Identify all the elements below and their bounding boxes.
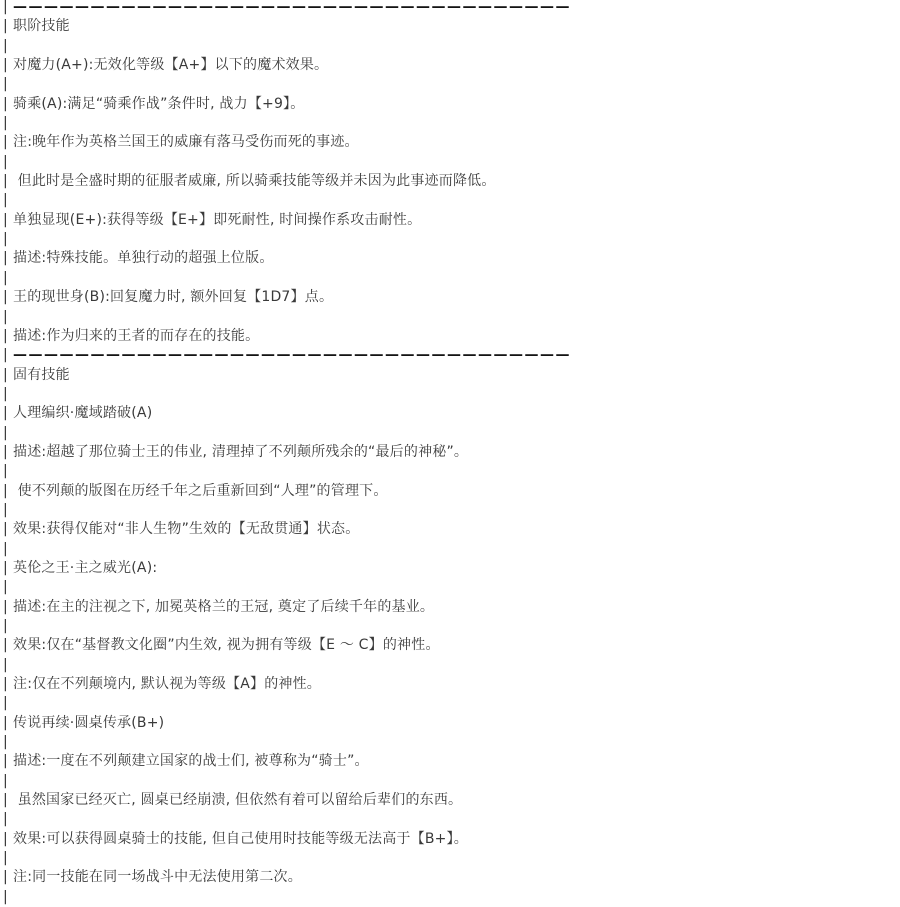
text-line: |效果:获得仅能对“非人生物”生效的【无敌贯通】状态。 xyxy=(3,520,897,539)
pipe-margin-glyph: | xyxy=(3,172,13,191)
pipe-margin-glyph: | xyxy=(3,578,13,597)
blank-line: | xyxy=(3,462,897,481)
text-line: |注:仅在不列颠境内, 默认视为等级【A】的神性。 xyxy=(3,675,897,694)
pipe-margin-glyph: | xyxy=(3,191,13,210)
pipe-margin-glyph: | xyxy=(3,211,13,230)
text-line: |效果:仅在“基督教文化圈”内生效, 视为拥有等级【E ～ C】的神性。 xyxy=(3,636,897,655)
pipe-margin-glyph: | xyxy=(3,114,13,133)
pipe-margin-glyph: | xyxy=(3,56,13,75)
line-text: 但此时是全盛时期的征服者威廉, 所以骑乘技能等级并未因为此事迹而降低。 xyxy=(13,173,496,189)
text-line: |人理编织·魔域踏破(A) xyxy=(3,404,897,423)
pipe-margin-glyph: | xyxy=(3,694,13,713)
pipe-margin-glyph: | xyxy=(3,810,13,829)
pipe-margin-glyph: | xyxy=(3,482,13,501)
text-line: |注:晚年作为英格兰国王的威廉有落马受伤而死的事迹。 xyxy=(3,133,897,152)
pipe-margin-glyph: | xyxy=(3,75,13,94)
pipe-margin-glyph: | xyxy=(3,559,13,578)
line-text: 使不列颠的版图在历经千年之后重新回到“人理”的管理下。 xyxy=(13,483,388,499)
line-text: 骑乘(A):满足“骑乘作战”条件时, 战力【+9】。 xyxy=(13,96,304,112)
pipe-margin-glyph: | xyxy=(3,443,13,462)
pipe-margin-glyph: | xyxy=(3,598,13,617)
blank-line: | xyxy=(3,849,897,868)
pipe-margin-glyph: | xyxy=(3,656,13,675)
blank-line: | xyxy=(3,269,897,288)
pipe-margin-glyph: | xyxy=(3,346,13,365)
blank-line: | xyxy=(3,385,897,404)
blank-line: | xyxy=(3,656,897,675)
blank-line: | xyxy=(3,888,897,899)
pipe-margin-glyph: | xyxy=(3,888,13,899)
pipe-margin-glyph: | xyxy=(3,540,13,559)
line-text: 描述:特殊技能。单独行动的超强上位版。 xyxy=(13,250,274,266)
pipe-margin-glyph: | xyxy=(3,868,13,887)
pipe-margin-glyph: | xyxy=(3,366,13,385)
blank-line: | xyxy=(3,37,897,56)
text-line: |注:同一技能在同一场战斗中无法使用第二次。 xyxy=(3,868,897,887)
text-line: |职阶技能 xyxy=(3,17,897,36)
text-line: |传说再续·圆桌传承(B+) xyxy=(3,714,897,733)
text-line: |英伦之王·主之威光(A): xyxy=(3,559,897,578)
text-document: |————————————————————————————————————|职阶… xyxy=(3,0,897,899)
line-text: 王的现世身(B):回复魔力时, 额外回复【1D7】点。 xyxy=(13,289,333,305)
pipe-margin-glyph: | xyxy=(3,133,13,152)
line-text: 效果:可以获得圆桌骑士的技能, 但自己使用时技能等级无法高于【B+】。 xyxy=(13,831,468,847)
page: { "meta": { "background_color": "#ffffff… xyxy=(0,0,900,899)
pipe-margin-glyph: | xyxy=(3,462,13,481)
text-line: |效果:可以获得圆桌骑士的技能, 但自己使用时技能等级无法高于【B+】。 xyxy=(3,830,897,849)
line-text: 职阶技能 xyxy=(13,18,70,34)
blank-line: | xyxy=(3,540,897,559)
line-text: 固有技能 xyxy=(13,367,70,383)
pipe-margin-glyph: | xyxy=(3,288,13,307)
text-line: |单独显现(E+):获得等级【E+】即死耐性, 时间操作系攻击耐性。 xyxy=(3,211,897,230)
text-line: | 使不列颠的版图在历经千年之后重新回到“人理”的管理下。 xyxy=(3,482,897,501)
line-text: 注:仅在不列颠境内, 默认视为等级【A】的神性。 xyxy=(13,676,321,692)
text-line: |骑乘(A):满足“骑乘作战”条件时, 战力【+9】。 xyxy=(3,95,897,114)
pipe-margin-glyph: | xyxy=(3,249,13,268)
pipe-margin-glyph: | xyxy=(3,617,13,636)
line-text: 描述:作为归来的王者的而存在的技能。 xyxy=(13,328,259,344)
blank-line: | xyxy=(3,191,897,210)
blank-line: | xyxy=(3,75,897,94)
blank-line: | xyxy=(3,733,897,752)
pipe-margin-glyph: | xyxy=(3,404,13,423)
pipe-margin-glyph: | xyxy=(3,830,13,849)
blank-line: | xyxy=(3,810,897,829)
pipe-margin-glyph: | xyxy=(3,153,13,172)
pipe-margin-glyph: | xyxy=(3,714,13,733)
pipe-margin-glyph: | xyxy=(3,385,13,404)
text-line: |固有技能 xyxy=(3,366,897,385)
blank-line: | xyxy=(3,424,897,443)
text-line: |王的现世身(B):回复魔力时, 额外回复【1D7】点。 xyxy=(3,288,897,307)
blank-line: | xyxy=(3,153,897,172)
pipe-margin-glyph: | xyxy=(3,501,13,520)
pipe-margin-glyph: | xyxy=(3,424,13,443)
pipe-margin-glyph: | xyxy=(3,230,13,249)
pipe-margin-glyph: | xyxy=(3,733,13,752)
separator-rule-line: |———————————————————————————————————— xyxy=(3,0,897,17)
line-text: 效果:获得仅能对“非人生物”生效的【无敌贯通】状态。 xyxy=(13,521,359,537)
line-text: 描述:超越了那位骑士王的伟业, 清理掉了不列颠所残余的“最后的神秘”。 xyxy=(13,444,468,460)
blank-line: | xyxy=(3,772,897,791)
pipe-margin-glyph: | xyxy=(3,849,13,868)
pipe-margin-glyph: | xyxy=(3,675,13,694)
blank-line: | xyxy=(3,617,897,636)
pipe-margin-glyph: | xyxy=(3,327,13,346)
blank-line: | xyxy=(3,308,897,327)
line-text: 传说再续·圆桌传承(B+) xyxy=(13,715,164,731)
line-text: 效果:仅在“基督教文化圈”内生效, 视为拥有等级【E ～ C】的神性。 xyxy=(13,637,440,653)
separator-rule-text: ———————————————————————————————————— xyxy=(13,347,571,363)
text-line: |描述:特殊技能。单独行动的超强上位版。 xyxy=(3,249,897,268)
pipe-margin-glyph: | xyxy=(3,17,13,36)
text-line: |对魔力(A+):无效化等级【A+】以下的魔术效果。 xyxy=(3,56,897,75)
line-text: 单独显现(E+):获得等级【E+】即死耐性, 时间操作系攻击耐性。 xyxy=(13,212,421,228)
text-line: | 但此时是全盛时期的征服者威廉, 所以骑乘技能等级并未因为此事迹而降低。 xyxy=(3,172,897,191)
blank-line: | xyxy=(3,501,897,520)
blank-line: | xyxy=(3,114,897,133)
text-line: |描述:作为归来的王者的而存在的技能。 xyxy=(3,327,897,346)
blank-line: | xyxy=(3,578,897,597)
line-text: 描述:在主的注视之下, 加冕英格兰的王冠, 奠定了后续千年的基业。 xyxy=(13,599,434,615)
line-text: 对魔力(A+):无效化等级【A+】以下的魔术效果。 xyxy=(13,57,328,73)
line-text: 描述:一度在不列颠建立国家的战士们, 被尊称为“骑士”。 xyxy=(13,753,369,769)
text-line: |描述:在主的注视之下, 加冕英格兰的王冠, 奠定了后续千年的基业。 xyxy=(3,598,897,617)
line-text: 英伦之王·主之威光(A): xyxy=(13,560,157,576)
text-line: |描述:超越了那位骑士王的伟业, 清理掉了不列颠所残余的“最后的神秘”。 xyxy=(3,443,897,462)
pipe-margin-glyph: | xyxy=(3,752,13,771)
pipe-margin-glyph: | xyxy=(3,0,13,17)
text-line: | 虽然国家已经灭亡, 圆桌已经崩溃, 但依然有着可以留给后辈们的东西。 xyxy=(3,791,897,810)
pipe-margin-glyph: | xyxy=(3,269,13,288)
line-text: 注:同一技能在同一场战斗中无法使用第二次。 xyxy=(13,869,302,885)
line-text: 人理编织·魔域踏破(A) xyxy=(13,405,152,421)
pipe-margin-glyph: | xyxy=(3,772,13,791)
separator-rule-text: ———————————————————————————————————— xyxy=(13,0,571,15)
pipe-margin-glyph: | xyxy=(3,308,13,327)
pipe-margin-glyph: | xyxy=(3,95,13,114)
pipe-margin-glyph: | xyxy=(3,520,13,539)
line-text: 虽然国家已经灭亡, 圆桌已经崩溃, 但依然有着可以留给后辈们的东西。 xyxy=(13,792,462,808)
blank-line: | xyxy=(3,694,897,713)
line-text: 注:晚年作为英格兰国王的威廉有落马受伤而死的事迹。 xyxy=(13,134,359,150)
blank-line: | xyxy=(3,230,897,249)
separator-rule-line: |———————————————————————————————————— xyxy=(3,346,897,365)
text-line: |描述:一度在不列颠建立国家的战士们, 被尊称为“骑士”。 xyxy=(3,752,897,771)
pipe-margin-glyph: | xyxy=(3,636,13,655)
pipe-margin-glyph: | xyxy=(3,37,13,56)
pipe-margin-glyph: | xyxy=(3,791,13,810)
